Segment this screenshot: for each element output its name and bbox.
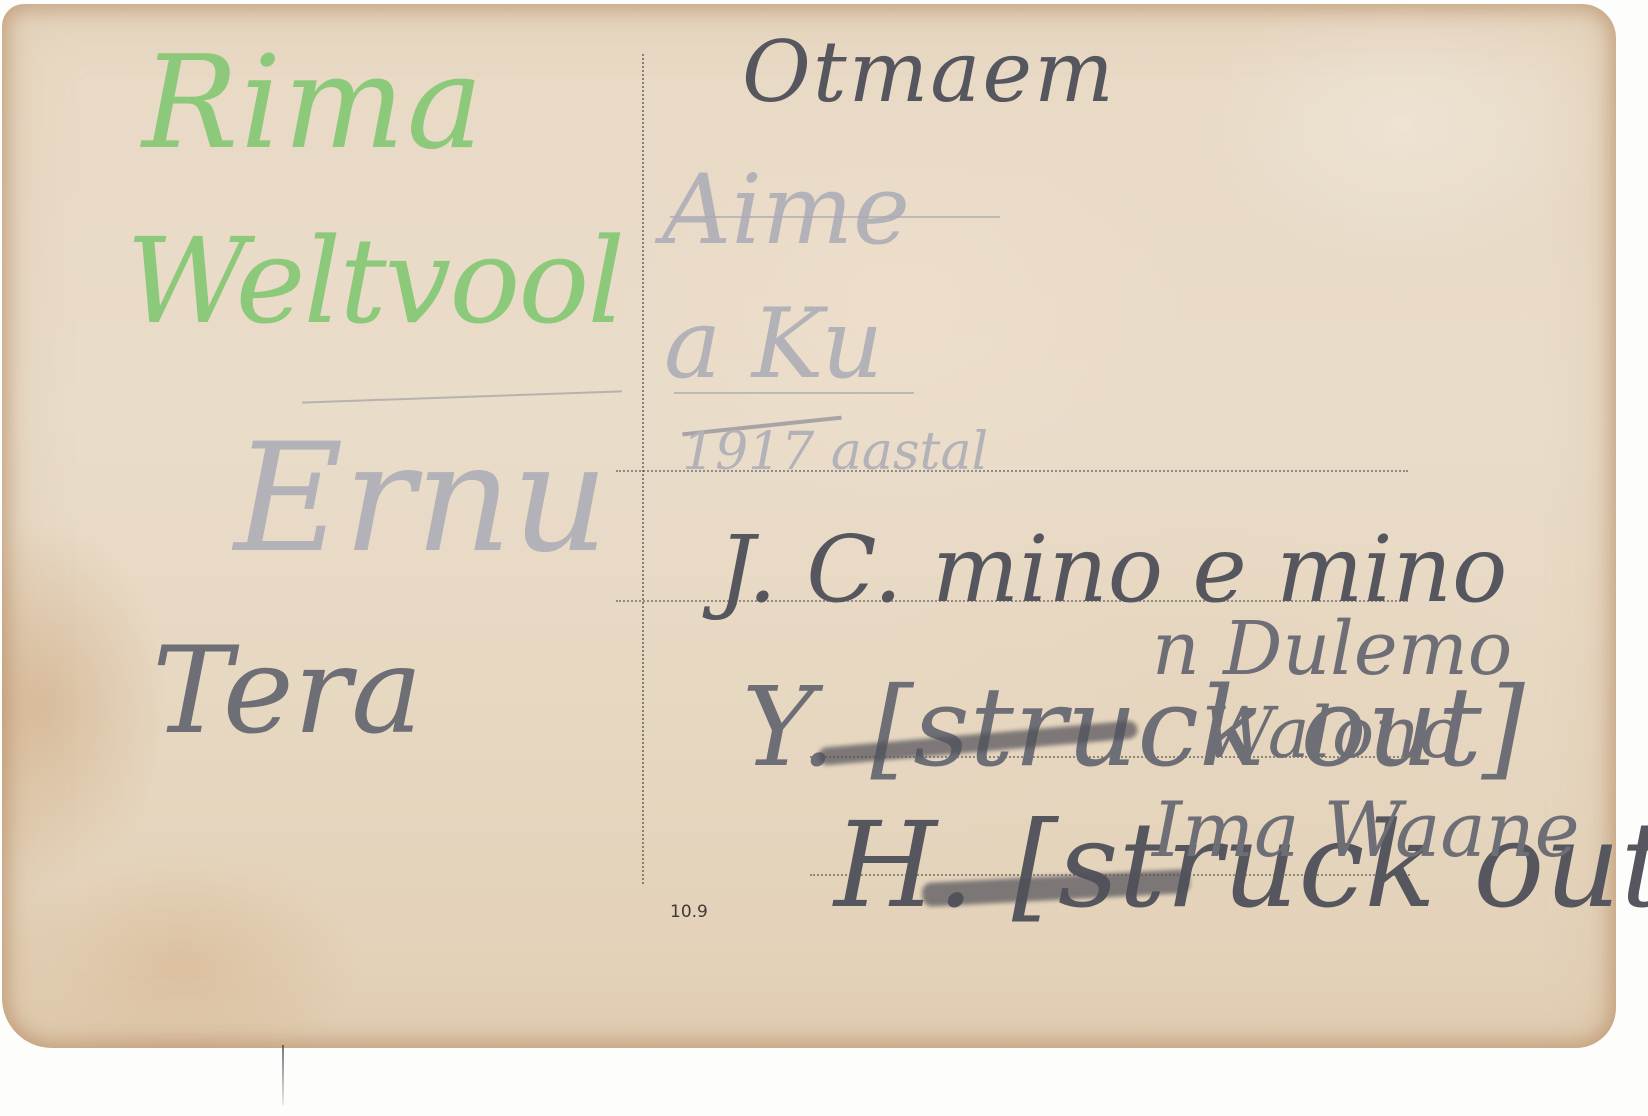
center-divider [642, 54, 644, 884]
printed-number: 10.9 [670, 902, 708, 922]
faint-line-2: a Ku [664, 296, 883, 392]
green-word-2: Weltvool [126, 222, 623, 340]
address-line-1-text: J. C. mino e mino [718, 524, 1507, 616]
pencil-signature: Tera [152, 632, 423, 752]
faint-line-3: 1917 aastal [682, 426, 988, 478]
scan-artifact [282, 1045, 284, 1105]
address-line-4-text: Walono [1202, 698, 1461, 768]
green-word-1: Rima [142, 40, 485, 168]
postcard-back: Rima Weltvool Ernu Tera Otmaem Aime a Ku… [2, 4, 1616, 1048]
pencil-underline [302, 390, 622, 403]
address-line-6-text: Ima Waane [1152, 792, 1580, 868]
header-word: Otmaem [742, 30, 1116, 114]
faint-line-1: Aime [662, 162, 910, 258]
underline-faint-2 [674, 392, 914, 394]
strike-faint-1 [670, 216, 1000, 218]
faint-pencil-word: Ernu [234, 424, 608, 574]
